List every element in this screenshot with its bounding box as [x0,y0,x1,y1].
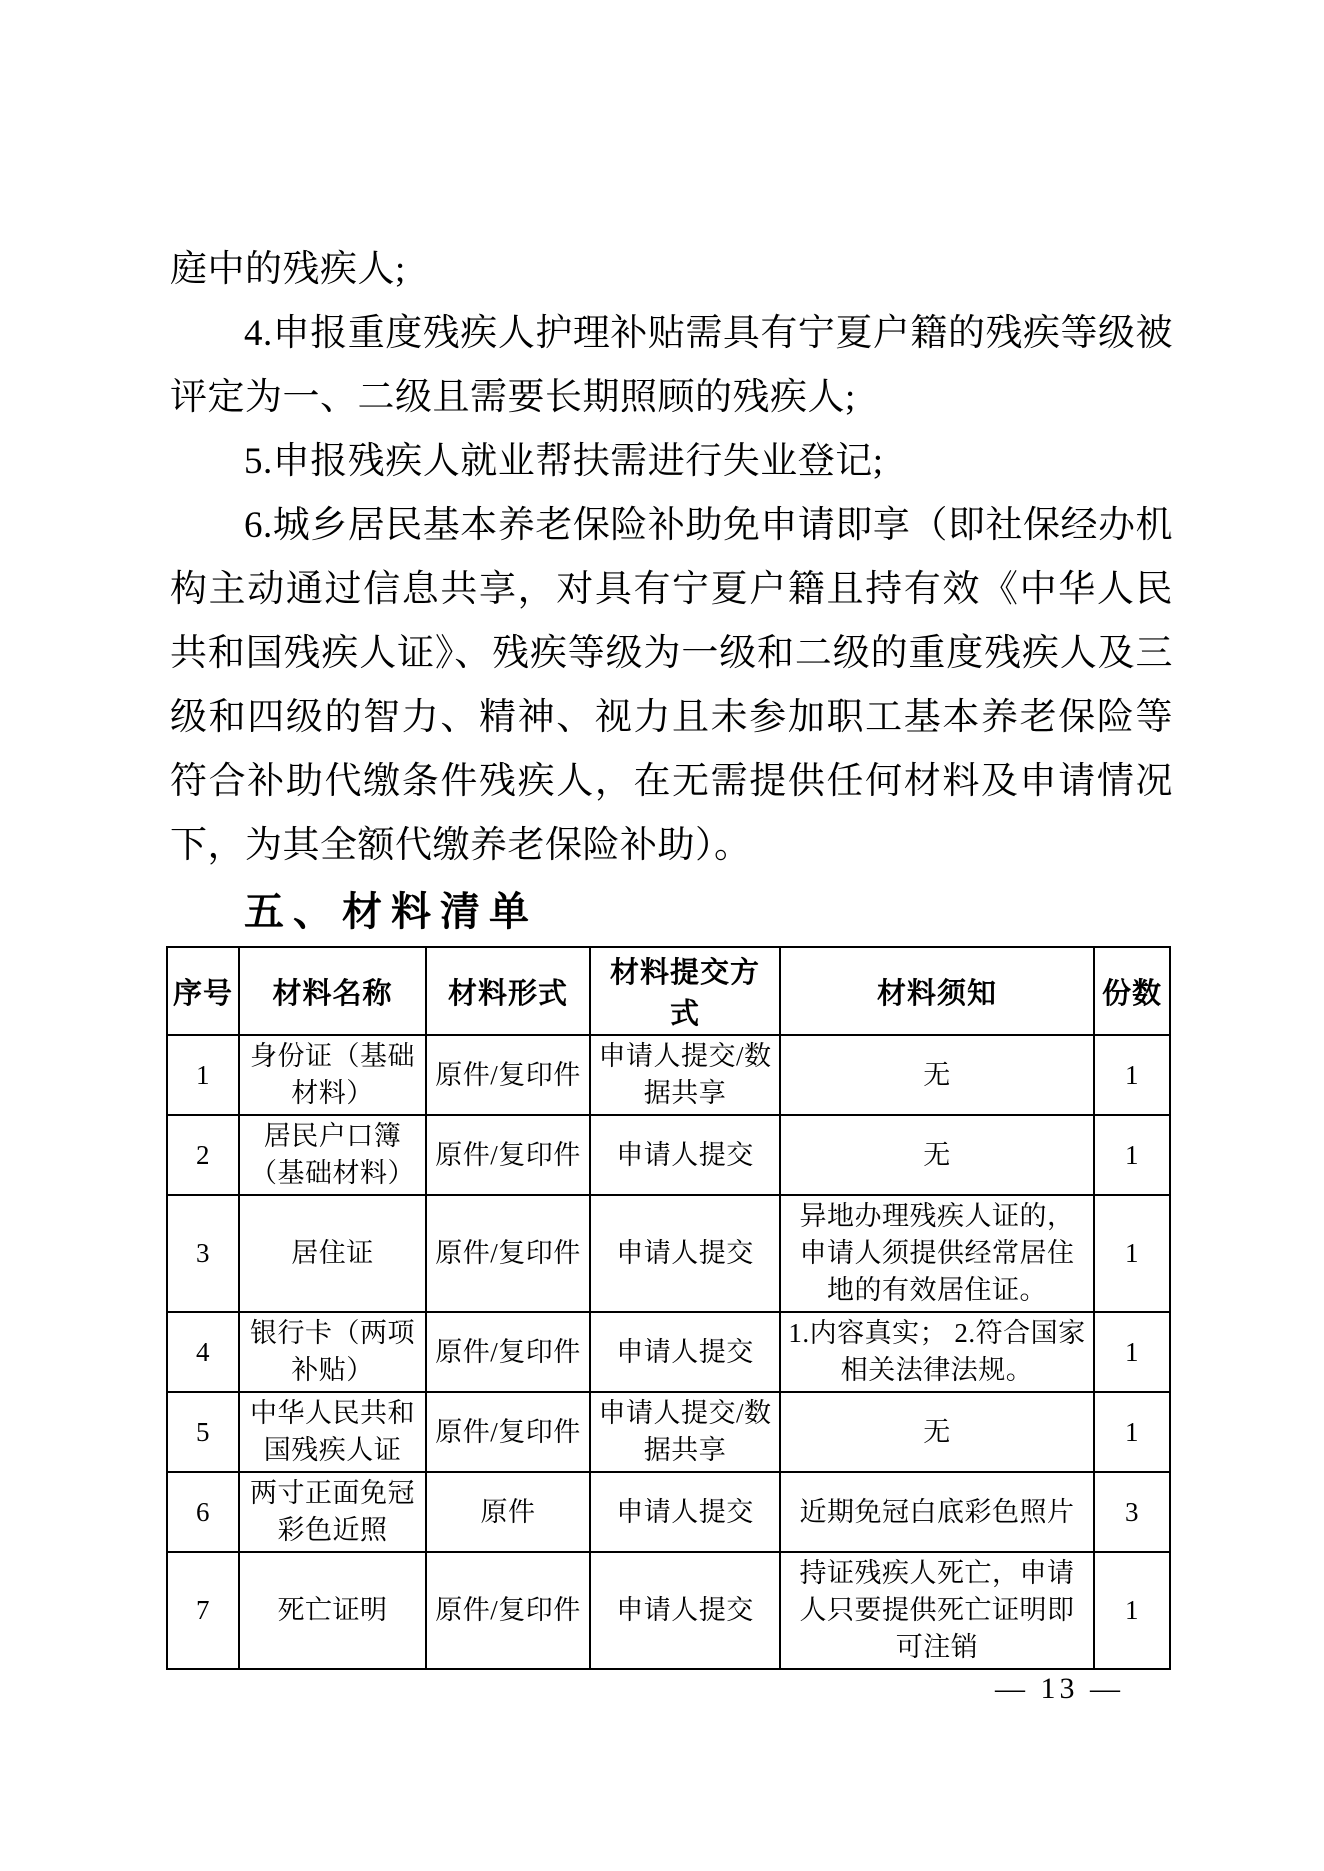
table-cell: 1 [1094,1035,1170,1115]
table-cell: 持证残疾人死亡，申请人只要提供死亡证明即可注销 [780,1552,1094,1669]
document-page: 庭中的残疾人; 4.申报重度残疾人护理补贴需具有宁夏户籍的残疾等级被评定为一、二… [0,0,1324,1871]
table-cell: 银行卡（两项补贴） [239,1312,426,1392]
table-row: 7 死亡证明 原件/复印件 申请人提交 持证残疾人死亡，申请人只要提供死亡证明即… [167,1552,1170,1669]
table-cell: 原件/复印件 [426,1392,590,1472]
table-cell: 1 [1094,1312,1170,1392]
col-header-notes: 材料须知 [780,947,1094,1035]
table-cell: 原件/复印件 [426,1312,590,1392]
table-cell: 申请人提交 [590,1115,780,1195]
table-header-row: 序号 材料名称 材料形式 材料提交方式 材料须知 份数 [167,947,1170,1035]
table-cell: 6 [167,1472,239,1552]
table-cell: 申请人提交 [590,1552,780,1669]
table-cell: 近期免冠白底彩色照片 [780,1472,1094,1552]
table-cell: 居民户口簿（基础材料） [239,1115,426,1195]
table-cell: 无 [780,1392,1094,1472]
table-cell: 1.内容真实； 2.符合国家相关法律法规。 [780,1312,1094,1392]
table-cell: 申请人提交 [590,1472,780,1552]
table-cell: 1 [1094,1115,1170,1195]
table-cell: 申请人提交/数据共享 [590,1392,780,1472]
table-row: 6 两寸正面免冠彩色近照 原件 申请人提交 近期免冠白底彩色照片 3 [167,1472,1170,1552]
table-cell: 两寸正面免冠彩色近照 [239,1472,426,1552]
paragraph-item-5: 5.申报残疾人就业帮扶需进行失业登记; [170,430,1173,494]
paragraph-item-6: 6.城乡居民基本养老保险补助免申请即享（即社保经办机构主动通过信息共享，对具有宁… [170,494,1173,878]
col-header-submission-method: 材料提交方式 [590,947,780,1035]
table-row: 3 居住证 原件/复印件 申请人提交 异地办理残疾人证的，申请人须提供经常居住地… [167,1195,1170,1312]
table-cell: 无 [780,1035,1094,1115]
table-cell: 申请人提交 [590,1195,780,1312]
table-cell: 身份证（基础材料） [239,1035,426,1115]
table-cell: 居住证 [239,1195,426,1312]
col-header-material-form: 材料形式 [426,947,590,1035]
table-cell: 2 [167,1115,239,1195]
document-content: 庭中的残疾人; 4.申报重度残疾人护理补贴需具有宁夏户籍的残疾等级被评定为一、二… [170,238,1173,1670]
table-row: 5 中华人民共和国残疾人证 原件/复印件 申请人提交/数据共享 无 1 [167,1392,1170,1472]
table-row: 1 身份证（基础材料） 原件/复印件 申请人提交/数据共享 无 1 [167,1035,1170,1115]
col-header-seq: 序号 [167,947,239,1035]
table-cell: 申请人提交/数据共享 [590,1035,780,1115]
paragraph-item-4: 4.申报重度残疾人护理补贴需具有宁夏户籍的残疾等级被评定为一、二级且需要长期照顾… [170,302,1173,430]
paragraph-continuation: 庭中的残疾人; [170,238,1173,302]
section-heading-materials-list: 五、材料清单 [244,888,1173,936]
table-cell: 5 [167,1392,239,1472]
table-cell: 无 [780,1115,1094,1195]
table-cell: 3 [167,1195,239,1312]
table-cell: 1 [1094,1195,1170,1312]
table-cell: 死亡证明 [239,1552,426,1669]
table-cell: 7 [167,1552,239,1669]
col-header-material-name: 材料名称 [239,947,426,1035]
materials-table: 序号 材料名称 材料形式 材料提交方式 材料须知 份数 1 身份证（基础材料） … [166,946,1171,1670]
col-header-copies: 份数 [1094,947,1170,1035]
table-cell: 原件 [426,1472,590,1552]
table-cell: 中华人民共和国残疾人证 [239,1392,426,1472]
table-cell: 申请人提交 [590,1312,780,1392]
table-cell: 3 [1094,1472,1170,1552]
table-cell: 4 [167,1312,239,1392]
table-cell: 异地办理残疾人证的，申请人须提供经常居住地的有效居住证。 [780,1195,1094,1312]
table-cell: 原件/复印件 [426,1115,590,1195]
table-cell: 1 [1094,1392,1170,1472]
table-cell: 1 [1094,1552,1170,1669]
table-cell: 原件/复印件 [426,1035,590,1115]
table-cell: 1 [167,1035,239,1115]
page-number: — 13 — [995,1672,1124,1706]
table-row: 2 居民户口簿（基础材料） 原件/复印件 申请人提交 无 1 [167,1115,1170,1195]
table-cell: 原件/复印件 [426,1195,590,1312]
table-row: 4 银行卡（两项补贴） 原件/复印件 申请人提交 1.内容真实； 2.符合国家相… [167,1312,1170,1392]
table-cell: 原件/复印件 [426,1552,590,1669]
